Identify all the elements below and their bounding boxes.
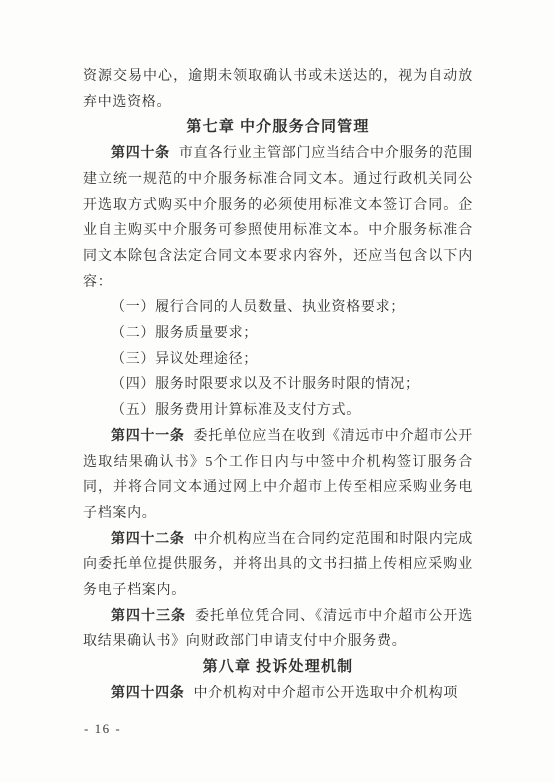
chapter-7-heading: 第七章 中介服务合同管理	[83, 115, 473, 141]
article-44-text: 中介机构对中介超市公开选取中介机构项	[194, 686, 459, 701]
clause-item-5: （五）服务费用计算标准及支付方式。	[83, 398, 473, 424]
article-40-text: 市直各行业主管部门应当结合中介服务的范围建立统一规范的中介服务标准合同文本。通过…	[83, 146, 473, 290]
article-44-label: 第四十四条	[111, 686, 185, 701]
article-44: 第四十四条中介机构对中介超市公开选取中介机构项	[83, 681, 473, 707]
article-41-label: 第四十一条	[111, 429, 185, 444]
article-43: 第四十三条委托单位凭合同、《清远市中介超市公开选取结果确认书》向财政部门申请支付…	[83, 604, 473, 655]
clause-item-1: （一）履行合同的人员数量、执业资格要求；	[83, 295, 473, 321]
article-40: 第四十条市直各行业主管部门应当结合中介服务的范围建立统一规范的中介服务标准合同文…	[83, 141, 473, 295]
article-42-label: 第四十二条	[111, 532, 185, 547]
article-43-label: 第四十三条	[111, 609, 186, 624]
clause-item-4: （四）服务时限要求以及不计服务时限的情况；	[83, 372, 473, 398]
clause-item-3: （三）异议处理途径；	[83, 347, 473, 373]
paragraph-continuation: 资源交易中心，逾期未领取确认书或未送达的，视为自动放弃中选资格。	[83, 64, 473, 115]
article-42: 第四十二条中介机构应当在合同约定范围和时限内完成向委托单位提供服务，并将出具的文…	[83, 527, 473, 604]
chapter-8-heading: 第八章 投诉处理机制	[83, 655, 473, 681]
article-41: 第四十一条委托单位应当在收到《清远市中介超市公开选取结果确认书》5个工作日内与中…	[83, 424, 473, 527]
document-page: 资源交易中心，逾期未领取确认书或未送达的，视为自动放弃中选资格。 第七章 中介服…	[0, 0, 554, 783]
clause-item-2: （二）服务质量要求；	[83, 321, 473, 347]
article-40-label: 第四十条	[111, 146, 170, 161]
page-number: - 16 -	[84, 721, 121, 737]
document-body: 资源交易中心，逾期未领取确认书或未送达的，视为自动放弃中选资格。 第七章 中介服…	[83, 64, 473, 707]
